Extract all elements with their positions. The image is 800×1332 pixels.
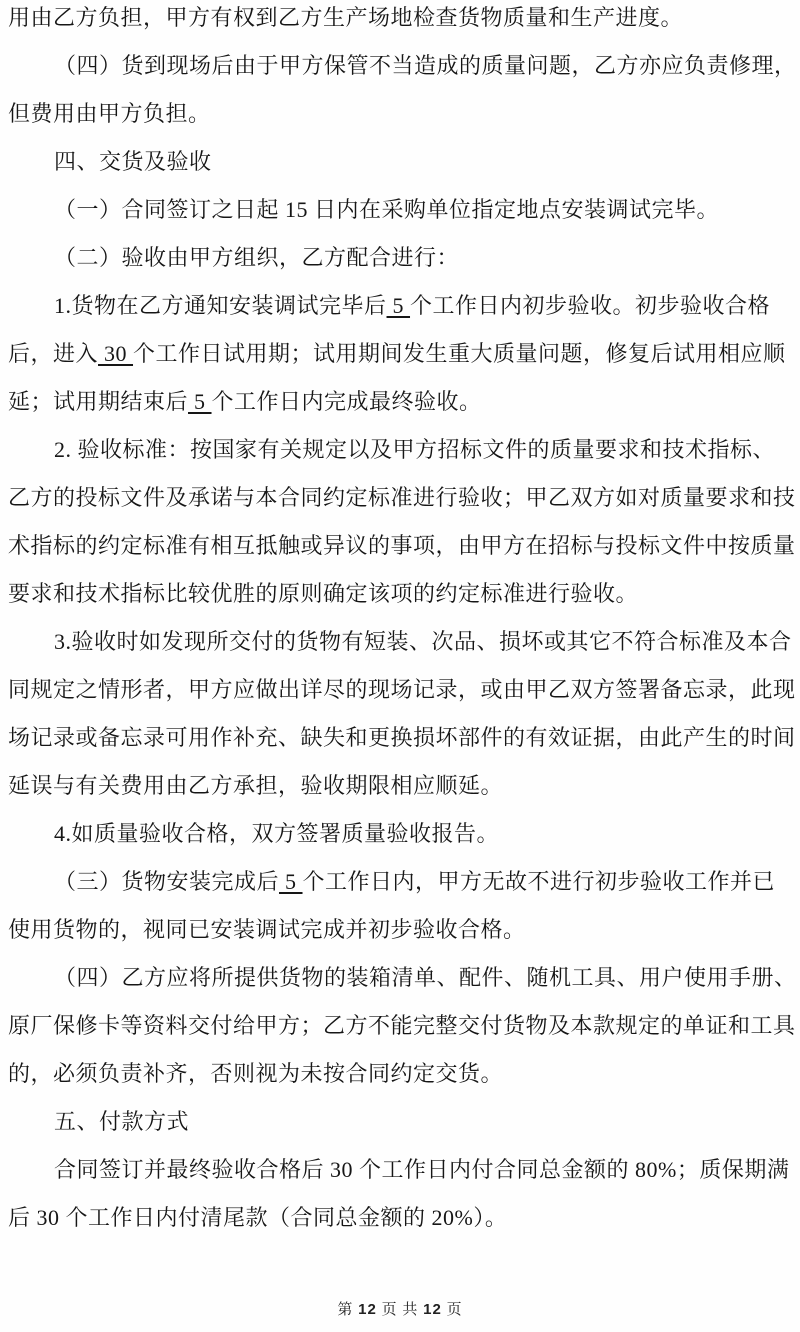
text-segment: 后 30 个工作日内付清尾款（合同总金额的 20%）。 (8, 1205, 507, 1230)
text-line: （四）货到现场后由于甲方保管不当造成的质量问题，乙方亦应负责修理， (8, 42, 794, 90)
text-segment: 3.验收时如发现所交付的货物有短装、次品、损坏或其它不符合标准及本合 (54, 629, 792, 654)
footer-middle: 页 共 (377, 1302, 423, 1318)
text-segment: 合同签订并最终验收合格后 30 个工作日内付合同总金额的 80%；质保期满 (54, 1157, 789, 1182)
text-line: 的，必须负责补齐，否则视为未按合同约定交货。 (8, 1050, 794, 1098)
text-segment: 使用货物的，视同已安装调试完成并初步验收合格。 (8, 917, 526, 942)
text-segment: 1.货物在乙方通知安装调试完毕后 (54, 293, 387, 318)
underlined-value: 5 (387, 293, 411, 318)
text-line: 3.验收时如发现所交付的货物有短装、次品、损坏或其它不符合标准及本合 (8, 618, 794, 666)
footer-suffix: 页 (442, 1302, 463, 1318)
page-footer: 第 12 页 共 12 页 (0, 1298, 800, 1319)
text-segment: 个工作日内完成最终验收。 (212, 389, 482, 414)
text-line: （四）乙方应将所提供货物的装箱清单、配件、随机工具、用户使用手册、 (8, 954, 794, 1002)
text-line: 延；试用期结束后 5 个工作日内完成最终验收。 (8, 378, 794, 426)
text-line: （三）货物安装完成后 5 个工作日内，甲方无故不进行初步验收工作并已 (8, 858, 794, 906)
text-segment: （一）合同签订之日起 15 日内在采购单位指定地点安装调试完毕。 (54, 197, 719, 222)
text-segment: 但费用由甲方负担。 (8, 101, 211, 126)
text-segment: 用由乙方负担，甲方有权到乙方生产场地检查货物质量和生产进度。 (8, 5, 683, 30)
text-line: （一）合同签订之日起 15 日内在采购单位指定地点安装调试完毕。 (8, 186, 794, 234)
footer-prefix: 第 (337, 1302, 358, 1318)
text-line: 同规定之情形者，甲方应做出详尽的现场记录，或由甲乙双方签署备忘录，此现 (8, 666, 794, 714)
text-segment: 后，进入 (8, 341, 98, 366)
text-line: 乙方的投标文件及承诺与本合同约定标准进行验收；甲乙双方如对质量要求和技 (8, 474, 794, 522)
text-segment: 4.如质量验收合格，双方签署质量验收报告。 (54, 821, 499, 846)
text-line: 2. 验收标准：按国家有关规定以及甲方招标文件的质量要求和技术指标、 (8, 426, 794, 474)
text-line: 后 30 个工作日内付清尾款（合同总金额的 20%）。 (8, 1194, 794, 1242)
contract-page: 用由乙方负担，甲方有权到乙方生产场地检查货物质量和生产进度。（四）货到现场后由于… (0, 0, 800, 1332)
document-lines: 用由乙方负担，甲方有权到乙方生产场地检查货物质量和生产进度。（四）货到现场后由于… (8, 0, 794, 1242)
text-line: （二）验收由甲方组织，乙方配合进行： (8, 234, 794, 282)
text-line: 五、付款方式 (8, 1098, 794, 1146)
text-segment: （三）货物安装完成后 (54, 869, 279, 894)
text-segment: 个工作日内初步验收。初步验收合格 (410, 293, 770, 318)
underlined-value: 5 (188, 389, 212, 414)
text-segment: （四）乙方应将所提供货物的装箱清单、配件、随机工具、用户使用手册、 (54, 965, 797, 990)
text-line: 1.货物在乙方通知安装调试完毕后 5 个工作日内初步验收。初步验收合格 (8, 282, 794, 330)
total-page-number: 12 (423, 1301, 442, 1318)
text-segment: 个工作日内，甲方无故不进行初步验收工作并已 (303, 869, 776, 894)
text-line: 要求和技术指标比较优胜的原则确定该项的约定标准进行验收。 (8, 570, 794, 618)
text-segment: 四、交货及验收 (54, 149, 212, 174)
text-line: 术指标的约定标准有相互抵触或异议的事项，由甲方在招标与投标文件中按质量 (8, 522, 794, 570)
current-page-number: 12 (358, 1301, 377, 1318)
text-line: 延误与有关费用由乙方承担，验收期限相应顺延。 (8, 762, 794, 810)
text-line: 原厂保修卡等资料交付给甲方；乙方不能完整交付货物及本款规定的单证和工具 (8, 1002, 794, 1050)
text-line: 使用货物的，视同已安装调试完成并初步验收合格。 (8, 906, 794, 954)
text-line: 但费用由甲方负担。 (8, 90, 794, 138)
text-segment: （四）货到现场后由于甲方保管不当造成的质量问题，乙方亦应负责修理， (54, 53, 797, 78)
text-line: 后，进入 30 个工作日试用期；试用期间发生重大质量问题，修复后试用相应顺 (8, 330, 794, 378)
underlined-value: 5 (279, 869, 303, 894)
text-line: 用由乙方负担，甲方有权到乙方生产场地检查货物质量和生产进度。 (8, 0, 794, 42)
text-line: 四、交货及验收 (8, 138, 794, 186)
text-segment: 个工作日试用期；试用期间发生重大质量问题，修复后试用相应顺 (133, 341, 786, 366)
text-segment: 术指标的约定标准有相互抵触或异议的事项，由甲方在招标与投标文件中按质量 (8, 533, 796, 558)
text-segment: 2. 验收标准：按国家有关规定以及甲方招标文件的质量要求和技术指标、 (54, 437, 775, 462)
text-segment: 的，必须负责补齐，否则视为未按合同约定交货。 (8, 1061, 503, 1086)
text-segment: 场记录或备忘录可用作补充、缺失和更换损坏部件的有效证据，由此产生的时间 (8, 725, 796, 750)
text-segment: 要求和技术指标比较优胜的原则确定该项的约定标准进行验收。 (8, 581, 638, 606)
text-segment: （二）验收由甲方组织，乙方配合进行： (54, 245, 459, 270)
text-segment: 延误与有关费用由乙方承担，验收期限相应顺延。 (8, 773, 503, 798)
underlined-value: 30 (98, 341, 133, 366)
text-segment: 乙方的投标文件及承诺与本合同约定标准进行验收；甲乙双方如对质量要求和技 (8, 485, 796, 510)
text-line: 合同签订并最终验收合格后 30 个工作日内付合同总金额的 80%；质保期满 (8, 1146, 794, 1194)
text-line: 4.如质量验收合格，双方签署质量验收报告。 (8, 810, 794, 858)
text-segment: 原厂保修卡等资料交付给甲方；乙方不能完整交付货物及本款规定的单证和工具 (8, 1013, 796, 1038)
text-segment: 五、付款方式 (54, 1109, 189, 1134)
text-segment: 同规定之情形者，甲方应做出详尽的现场记录，或由甲乙双方签署备忘录，此现 (8, 677, 796, 702)
text-line: 场记录或备忘录可用作补充、缺失和更换损坏部件的有效证据，由此产生的时间 (8, 714, 794, 762)
text-segment: 延；试用期结束后 (8, 389, 188, 414)
